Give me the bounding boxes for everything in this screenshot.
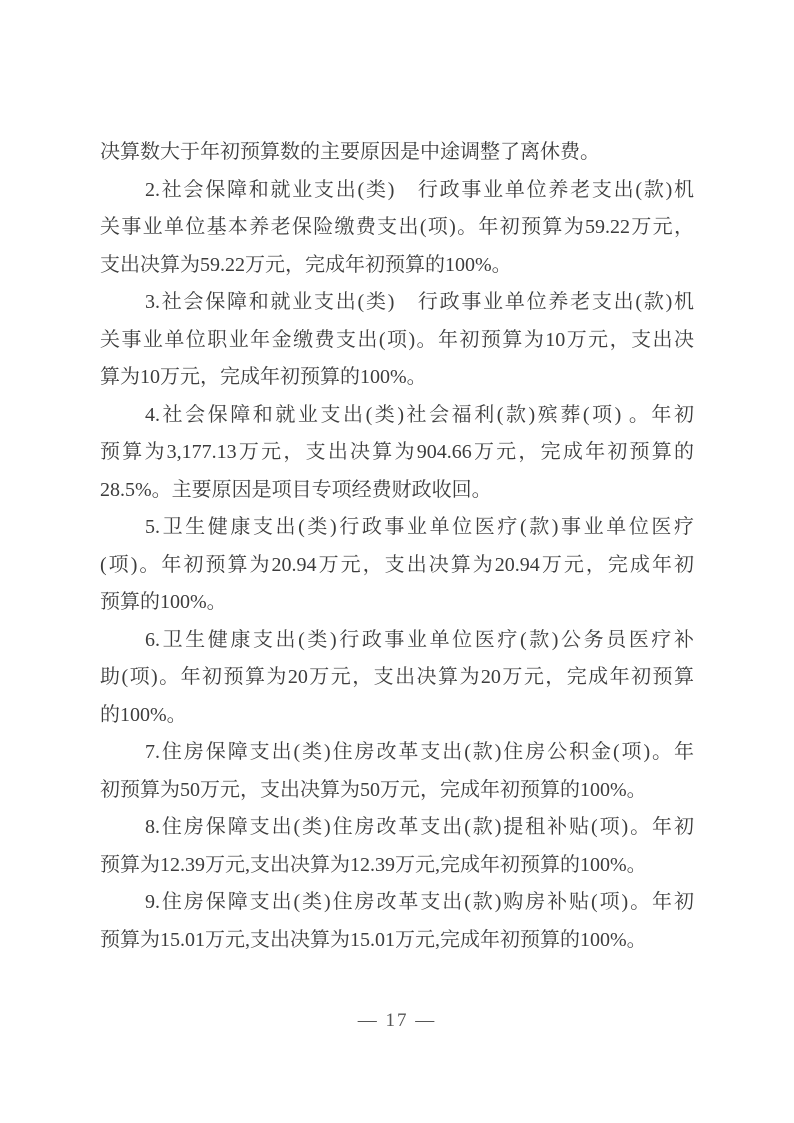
text-line: 关事业单位职业年金缴费支出(项)。年初预算为10万元，支出决 xyxy=(100,322,694,360)
paragraph: 8.住房保障支出(类)住房改革支出(款)提租补贴(项)。年初预算为12.39万元… xyxy=(100,809,694,884)
text-line: 预算为12.39万元,支出决算为12.39万元,完成年初预算的100%。 xyxy=(100,847,694,885)
text-line: 预算的100%。 xyxy=(100,584,694,622)
text-line: 决算数大于年初预算数的主要原因是中途调整了离休费。 xyxy=(100,134,694,172)
text-line: 初预算为50万元，支出决算为50万元，完成年初预算的100%。 xyxy=(100,772,694,810)
document-body: 决算数大于年初预算数的主要原因是中途调整了离休费。2.社会保障和就业支出(类) … xyxy=(100,134,694,959)
text-line: 4.社会保障和就业支出(类)社会福利(款)殡葬(项) 。年初 xyxy=(100,397,694,435)
text-line: 2.社会保障和就业支出(类) 行政事业单位养老支出(款)机 xyxy=(100,172,694,210)
text-line: 5.卫生健康支出(类)行政事业单位医疗(款)事业单位医疗 xyxy=(100,509,694,547)
text-line: 28.5%。主要原因是项目专项经费财政收回。 xyxy=(100,472,694,510)
paragraph: 5.卫生健康支出(类)行政事业单位医疗(款)事业单位医疗(项)。年初预算为20.… xyxy=(100,509,694,622)
paragraph: 7.住房保障支出(类)住房改革支出(款)住房公积金(项)。年初预算为50万元，支… xyxy=(100,734,694,809)
paragraph: 决算数大于年初预算数的主要原因是中途调整了离休费。 xyxy=(100,134,694,172)
paragraph: 2.社会保障和就业支出(类) 行政事业单位养老支出(款)机关事业单位基本养老保险… xyxy=(100,172,694,285)
paragraph: 9.住房保障支出(类)住房改革支出(款)购房补贴(项)。年初预算为15.01万元… xyxy=(100,884,694,959)
page-number: — 17 — xyxy=(0,1010,794,1032)
text-line: 7.住房保障支出(类)住房改革支出(款)住房公积金(项)。年 xyxy=(100,734,694,772)
text-line: 预算为3,177.13万元，支出决算为904.66万元，完成年初预算的 xyxy=(100,434,694,472)
text-line: 6.卫生健康支出(类)行政事业单位医疗(款)公务员医疗补 xyxy=(100,622,694,660)
text-line: 9.住房保障支出(类)住房改革支出(款)购房补贴(项)。年初 xyxy=(100,884,694,922)
text-line: 3.社会保障和就业支出(类) 行政事业单位养老支出(款)机 xyxy=(100,284,694,322)
text-line: (项)。年初预算为20.94万元，支出决算为20.94万元，完成年初 xyxy=(100,547,694,585)
document-page: 决算数大于年初预算数的主要原因是中途调整了离休费。2.社会保障和就业支出(类) … xyxy=(0,0,794,1123)
text-line: 助(项)。年初预算为20万元，支出决算为20万元，完成年初预算 xyxy=(100,659,694,697)
paragraph: 3.社会保障和就业支出(类) 行政事业单位养老支出(款)机关事业单位职业年金缴费… xyxy=(100,284,694,397)
paragraph: 4.社会保障和就业支出(类)社会福利(款)殡葬(项) 。年初预算为3,177.1… xyxy=(100,397,694,510)
paragraph: 6.卫生健康支出(类)行政事业单位医疗(款)公务员医疗补助(项)。年初预算为20… xyxy=(100,622,694,735)
text-line: 支出决算为59.22万元，完成年初预算的100%。 xyxy=(100,247,694,285)
text-line: 算为10万元，完成年初预算的100%。 xyxy=(100,359,694,397)
text-line: 8.住房保障支出(类)住房改革支出(款)提租补贴(项)。年初 xyxy=(100,809,694,847)
text-line: 关事业单位基本养老保险缴费支出(项)。年初预算为59.22万元， xyxy=(100,209,694,247)
text-line: 预算为15.01万元,支出决算为15.01万元,完成年初预算的100%。 xyxy=(100,922,694,960)
text-line: 的100%。 xyxy=(100,697,694,735)
